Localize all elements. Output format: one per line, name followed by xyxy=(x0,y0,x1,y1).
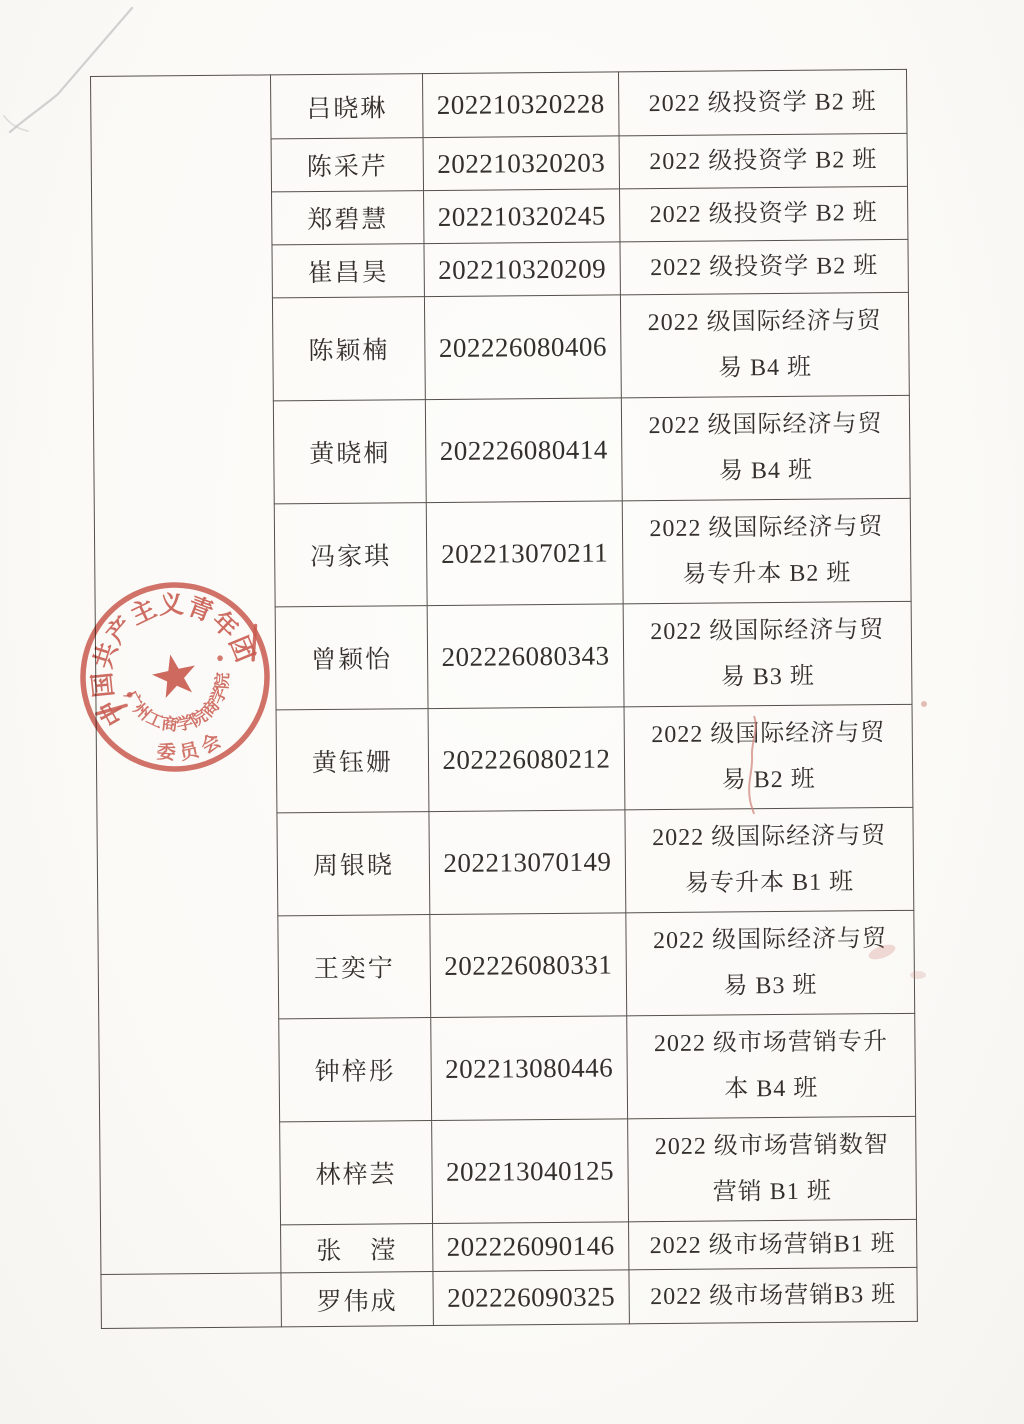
name-cell: 曾颖怡 xyxy=(275,606,428,710)
student-id-cell: 202210320228 xyxy=(422,72,619,138)
student-id-cell: 202226080212 xyxy=(428,707,625,812)
student-id-cell: 202226080406 xyxy=(424,295,621,400)
student-id-cell: 202210320209 xyxy=(424,242,620,297)
student-id-cell: 202210320203 xyxy=(423,136,619,191)
name-cell: 黄晓桐 xyxy=(273,400,426,504)
student-id-cell: 202226090146 xyxy=(433,1222,629,1272)
class-cell: 2022 级市场营销B1 班 xyxy=(629,1219,917,1270)
name-cell: 王奕宁 xyxy=(278,915,431,1019)
student-id-cell: 202226080343 xyxy=(427,604,624,709)
class-cell: 2022 级国际经济与贸 易专升本 B1 班 xyxy=(625,807,914,913)
name-cell: 罗伟成 xyxy=(281,1272,433,1327)
class-cell: 2022 级投资学 B2 班 xyxy=(620,239,908,295)
class-cell: 2022 级投资学 B2 班 xyxy=(620,186,908,242)
student-id-cell: 202226090325 xyxy=(433,1270,629,1326)
name-cell: 陈采芹 xyxy=(271,138,423,192)
student-id-cell: 202226080331 xyxy=(430,913,627,1018)
class-cell: 2022 级市场营销专升 本 B4 班 xyxy=(627,1013,916,1119)
name-cell: 崔昌昊 xyxy=(272,244,424,298)
student-id-cell: 202213080446 xyxy=(431,1016,628,1121)
class-cell: 2022 级国际经济与贸 易 B4 班 xyxy=(621,395,910,501)
name-cell: 钟梓彤 xyxy=(279,1018,432,1122)
name-cell: 黄钰姗 xyxy=(276,709,429,813)
class-cell: 2022 级国际经济与贸 易 B4 班 xyxy=(620,292,909,398)
org-footer-cell xyxy=(101,1273,281,1329)
student-id-cell: 202210320245 xyxy=(424,189,620,244)
class-cell: 2022 级市场营销数智 营销 B1 班 xyxy=(628,1116,917,1222)
student-id-cell: 202213040125 xyxy=(432,1119,629,1224)
table-row: 罗伟成 202226090325 2022 级市场营销B3 班 xyxy=(101,1267,917,1328)
table-row: 吕晓琳 202210320228 2022 级投资学 B2 班 xyxy=(91,69,908,140)
name-cell: 陈颖楠 xyxy=(272,297,425,401)
class-cell: 2022 级国际经济与贸 易 B3 班 xyxy=(623,601,912,707)
name-cell: 吕晓琳 xyxy=(270,74,423,139)
student-id-cell: 202213070211 xyxy=(426,501,623,606)
name-cell: 林梓芸 xyxy=(280,1121,433,1225)
class-cell: 2022 级投资学 B2 班 xyxy=(619,133,907,189)
class-cell: 2022 级市场营销B3 班 xyxy=(629,1267,917,1324)
class-cell: 2022 级国际经济与贸 易 B3 班 xyxy=(626,910,915,1016)
student-id-cell: 202213070149 xyxy=(429,810,626,915)
roster-table: 吕晓琳 202210320228 2022 级投资学 B2 班 陈采芹 2022… xyxy=(90,69,918,1329)
name-cell: 郑碧慧 xyxy=(272,191,424,245)
name-cell: 冯家琪 xyxy=(274,503,427,607)
student-id-cell: 202226080414 xyxy=(425,398,622,503)
class-cell: 2022 级投资学 B2 班 xyxy=(618,69,907,136)
name-cell: 张 滢 xyxy=(281,1224,433,1273)
name-cell: 周银晓 xyxy=(277,812,430,916)
org-spanning-cell xyxy=(91,75,281,1275)
pencil-mark-hook xyxy=(4,116,28,131)
class-cell: 2022 级国际经济与贸 易专升本 B2 班 xyxy=(622,498,911,604)
class-cell: 2022 级国际经济与贸 易 B2 班 xyxy=(624,704,913,810)
red-ink-dot xyxy=(921,701,927,707)
